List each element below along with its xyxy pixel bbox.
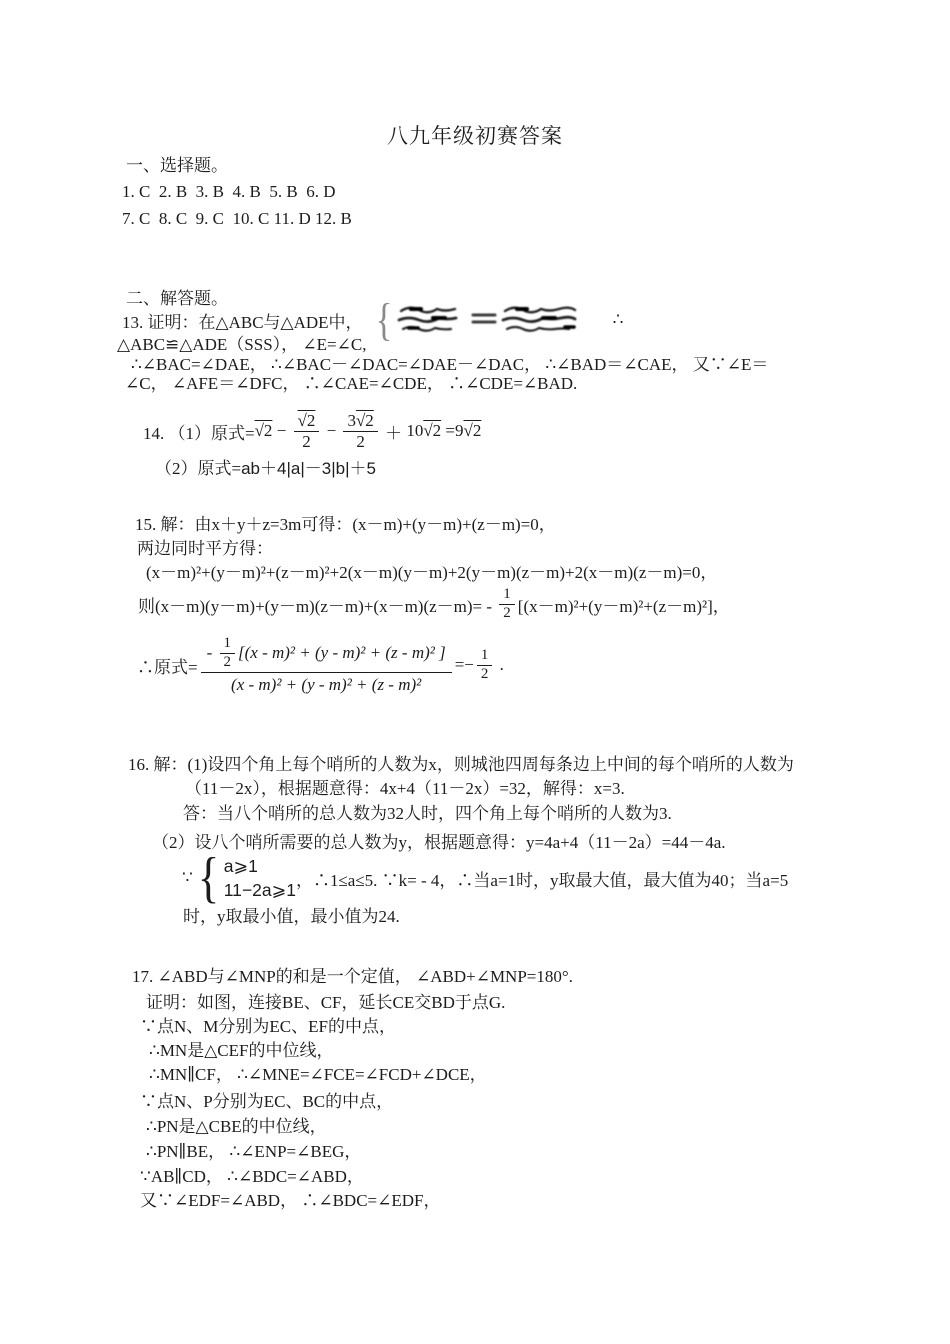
q15-result-lead: ∴原式=	[137, 653, 198, 678]
q17-line-2: 证明：如图，连接BE、CF，延长CE交BD于点G.	[146, 993, 505, 1013]
q14-part2-line: （2）原式=ab＋4|a|－3|b|＋5	[155, 459, 376, 479]
section-choice-heading: 一、选择题。	[126, 156, 228, 176]
q15-result-period: .	[495, 655, 504, 675]
plus-op: ＋	[381, 419, 407, 444]
q17-line-9: ∵AB∥CD， ∴∠BDC=∠ABD，	[140, 1167, 364, 1187]
term-10sqrt2-rad: √2	[423, 421, 441, 441]
q13-line1-therefore: ∴	[613, 310, 624, 330]
garbled-equation-image	[397, 302, 603, 338]
q17-line-4: ∴MN是△CEF的中位线，	[149, 1041, 333, 1061]
inequality-system: a⩾1 11−2a⩾1	[224, 854, 296, 902]
q15-result-line: ∴原式= - 1 2 [(x - m)² + (y - m)² + (z - m…	[137, 631, 504, 699]
equals-op: =	[441, 421, 455, 441]
q15-line4-formula: (x－m)(y－m)+(y－m)(z－m)+(x－m)(z－m)= -	[155, 592, 496, 617]
q15-line-2: 两边同时平方得：	[137, 539, 273, 559]
page-title: 八九年级初赛答案	[0, 120, 950, 150]
q17-line-3: ∵点N、M分别为EC、EF的中点，	[140, 1017, 396, 1037]
q15-line4-label: 则	[138, 592, 155, 617]
choice-answers-row-2: 7. C 8. C 9. C 10. C 11. D 12. B	[122, 209, 352, 229]
choice-answers-row-1: 1. C 2. B 3. B 4. B 5. B 6. D	[122, 182, 335, 202]
q13-line1-text: 13. 证明：在△ABC与△ADE中，	[122, 308, 363, 333]
q15-line4-post: [(x－m)²+(y－m)²+(z－m)²]，	[518, 592, 730, 617]
fraction-1-over-2: 1 2	[477, 648, 493, 683]
inequality-row-1: a⩾1	[224, 854, 296, 878]
q13-proof-line-4: ∠C， ∠AFE＝∠DFC， ∴∠CAE=∠CDE， ∴∠CDE=∠BAD.	[125, 374, 577, 394]
q15-line-4: 则 (x－m)(y－m)+(y－m)(z－m)+(x－m)(z－m)= - 1 …	[138, 584, 730, 624]
q16-because-sign: ∵	[182, 868, 193, 888]
q17-line-10: 又∵∠EDF=∠ABD， ∴∠BDC=∠EDF，	[140, 1191, 440, 1211]
fraction-sqrt2-over-2: √2 2	[294, 412, 320, 451]
fraction-1-over-2: 1 2	[499, 587, 515, 622]
term-10sqrt2-coef: 10	[406, 421, 423, 441]
q13-proof-line-3: ∴∠BAC=∠DAE， ∴∠BAC－∠DAC=∠DAE－∠DAC， ∴∠BAD＝…	[131, 355, 768, 375]
q17-line-8: ∴PN∥BE， ∴∠ENP=∠BEG，	[146, 1142, 361, 1162]
q14-part1-line: 14. （1）原式= √2 − √2 2 − 3√2 2 ＋ 10 √2 = 9…	[143, 408, 481, 454]
q16-system-after: ，∴1≤a≤5. ∵k= - 4，∴当a=1时，y取最大值，最大值为40；当a=…	[296, 866, 788, 891]
minus-op: −	[272, 421, 290, 441]
q14-part1-label: 14. （1）原式=	[143, 419, 255, 444]
system-brace: {	[198, 853, 220, 903]
q17-line-6: ∵点N、P分别为EC、BC的中点，	[140, 1092, 393, 1112]
big-fraction: - 1 2 [(x - m)² + (y - m)² + (z - m)² ] …	[201, 636, 452, 694]
fraction-3sqrt2-over-2: 3√2 2	[343, 412, 377, 451]
q16-line-3: 答：当八个哨所的总人数为32人时，四个角上每个哨所的人数为3.	[183, 804, 672, 824]
q16-system-line: ∵ { a⩾1 11−2a⩾1 ，∴1≤a≤5. ∵k= - 4，∴当a=1时，…	[182, 851, 788, 905]
q16-line-1: 16. 解：(1)设四个角上每个哨所的人数为x，则城池四周每条边上中间的每个哨所…	[128, 755, 794, 775]
q17-line-1: 17. ∠ABD与∠MNP的和是一个定值， ∠ABD+∠MNP=180°.	[132, 967, 573, 987]
minus-op: −	[322, 421, 340, 441]
q16-line-2: （11－2x），根据题意得：4x+4（11－2x）=32，解得：x=3.	[185, 779, 625, 799]
q13-proof-line-2: △ABC≌△ADE（SSS）， ∠E=∠C,	[117, 335, 366, 355]
q16-line-4: （2）设八个哨所需要的总人数为y，根据题意得：y=4a+4（11－2a）=44－…	[152, 833, 726, 853]
q17-line-7: ∴PN是△CBE的中位线，	[146, 1117, 327, 1137]
sqrt-term: √2	[255, 421, 273, 441]
q17-line-5: ∴MN∥CF， ∴∠MNE=∠FCE=∠FCD+∠DCE，	[149, 1065, 487, 1085]
result-rad: √2	[464, 421, 482, 441]
document-page: 八九年级初赛答案 一、选择题。 1. C 2. B 3. B 4. B 5. B…	[0, 0, 950, 1344]
inequality-row-2: 11−2a⩾1	[224, 878, 296, 902]
garbled-brace: {	[375, 302, 392, 338]
fraction-1-over-2: 1 2	[220, 636, 236, 671]
result-coef: 9	[455, 421, 464, 441]
q15-result-equals: =−	[455, 655, 474, 675]
q15-line-1: 15. 解：由x＋y＋z=3m可得：(x－m)+(y－m)+(z－m)=0，	[135, 515, 556, 535]
q13-proof-line-1: 13. 证明：在△ABC与△ADE中， { ∴	[122, 301, 623, 339]
q16-line-6: 时，y取最小值，最小值为24.	[183, 907, 400, 927]
q15-line-3: (x－m)²+(y－m)²+(z－m)²+2(x－m)(y－m)+2(y－m)(…	[146, 563, 717, 583]
